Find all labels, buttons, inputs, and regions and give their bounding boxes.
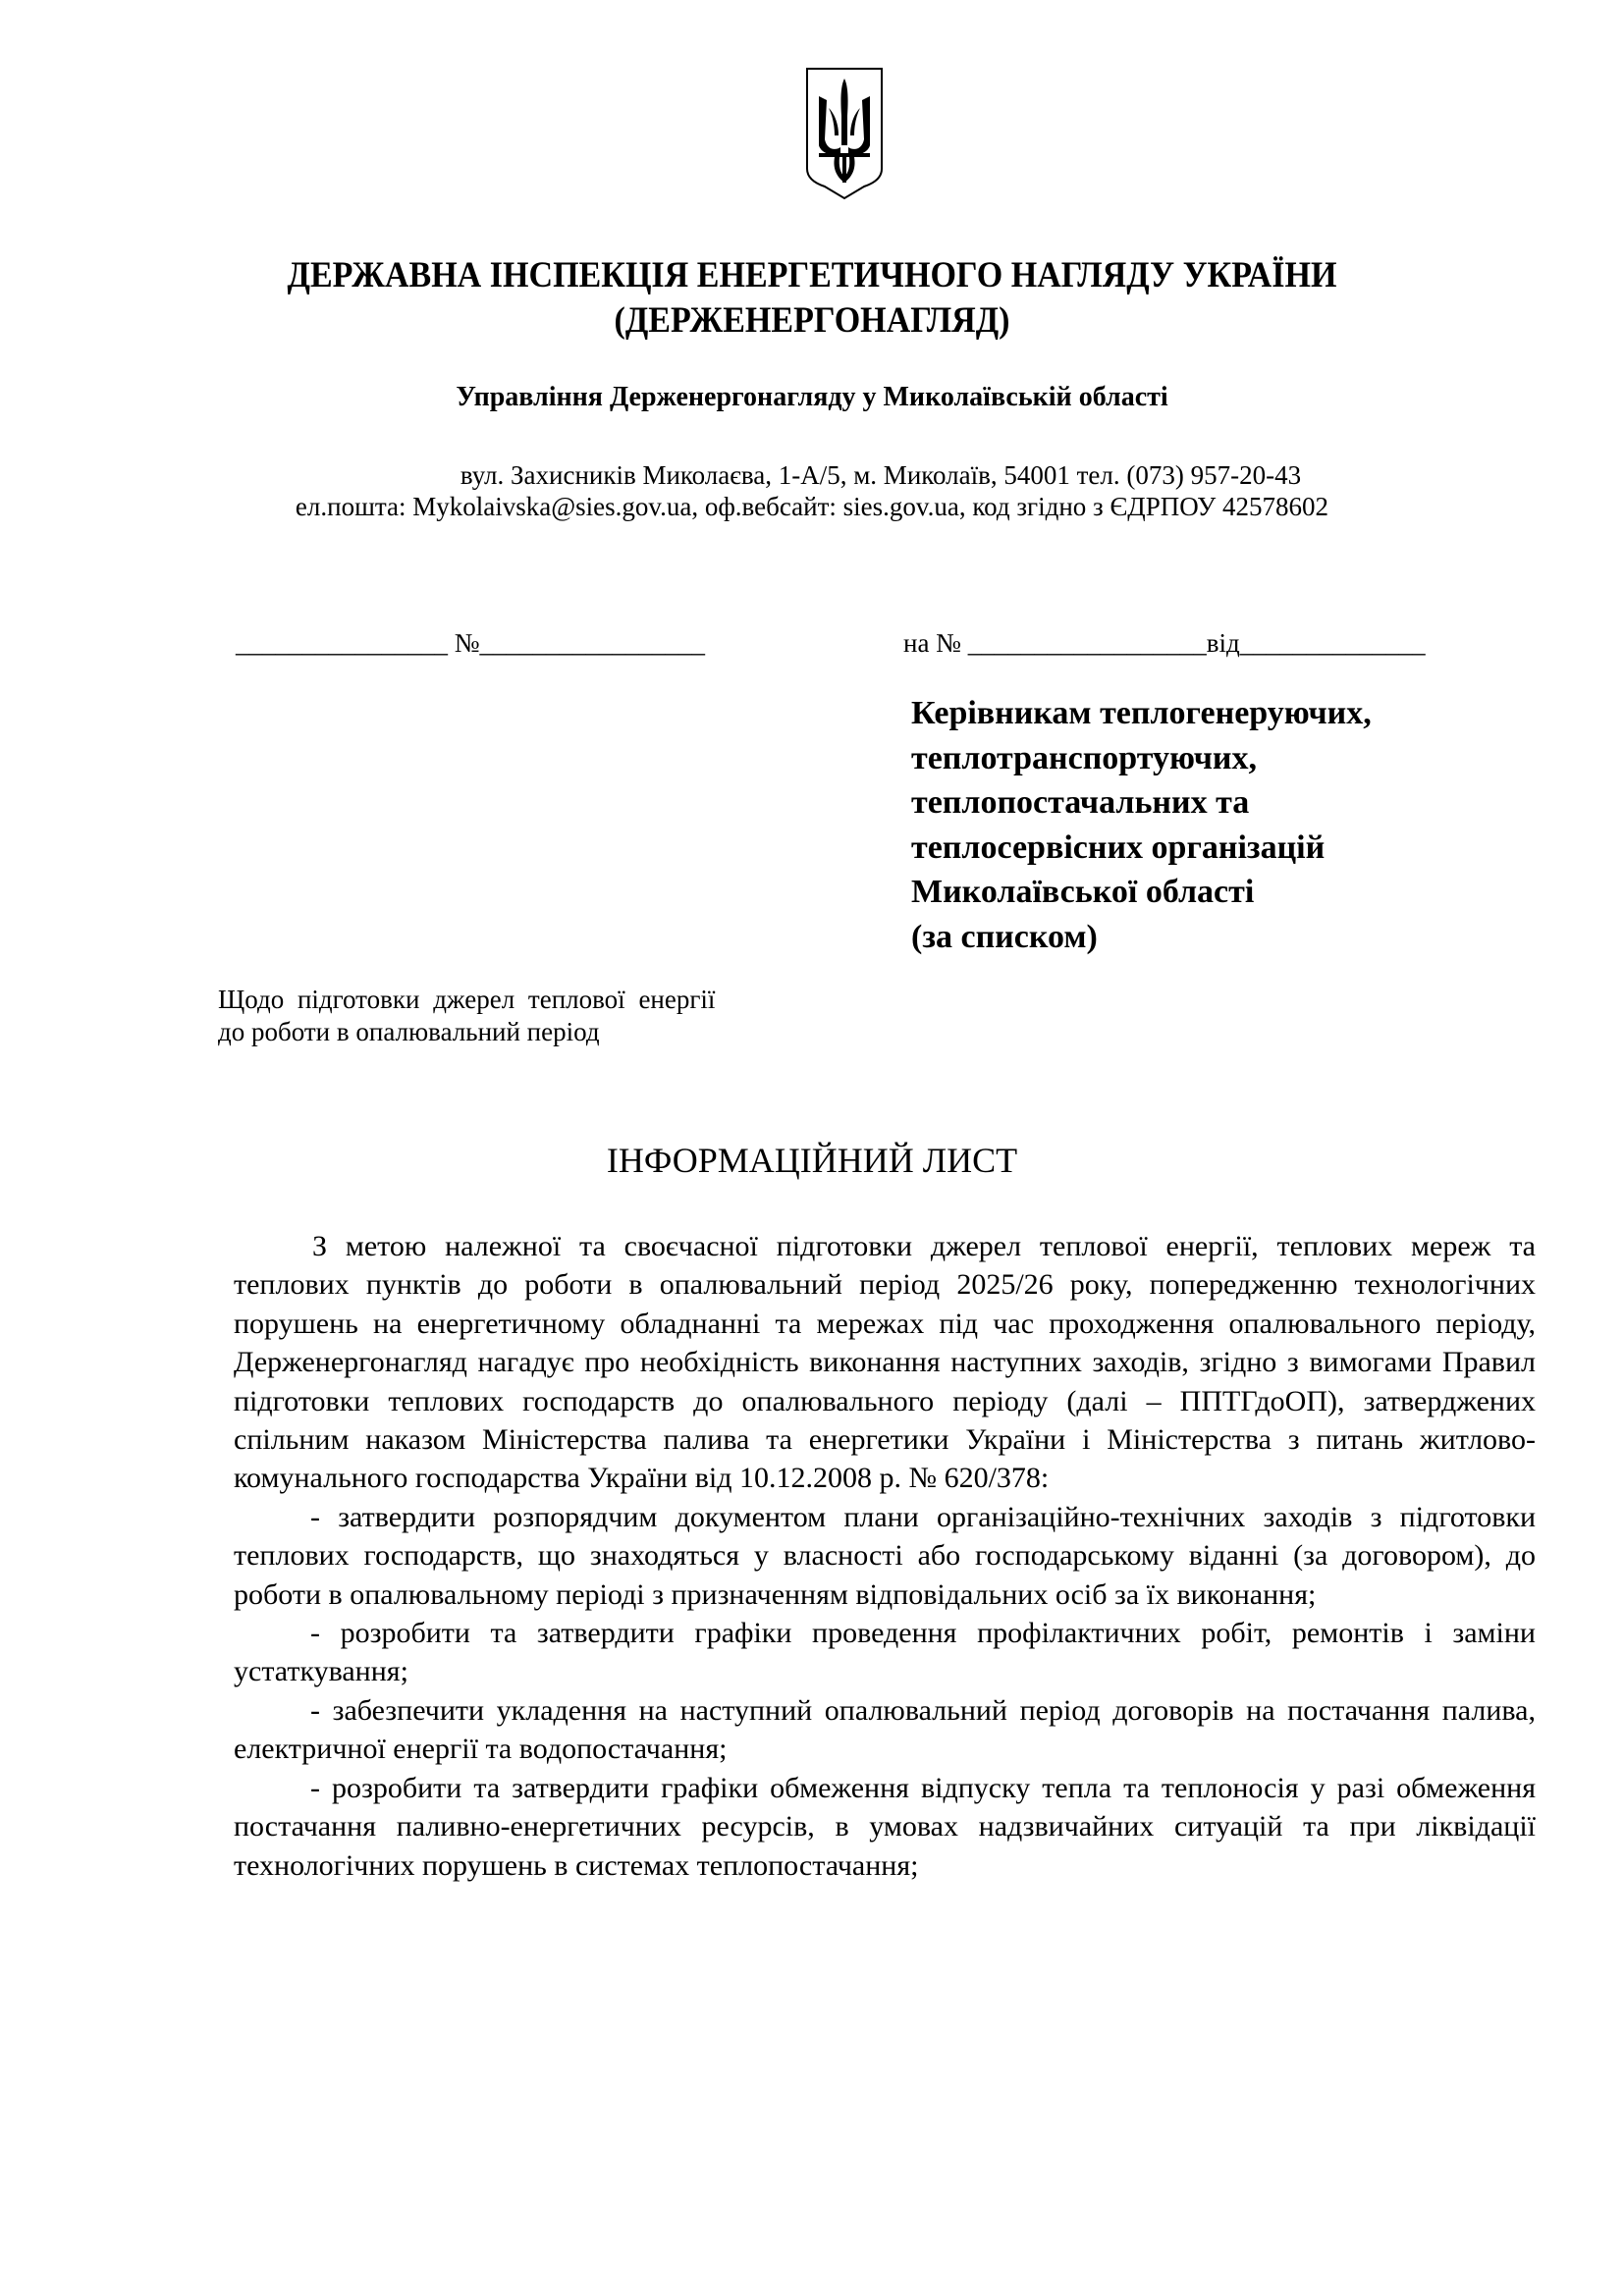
letter-body: З метою належної та своєчасної підготовк… [234,1227,1536,1885]
subject-block: Щодо підготовки джерел теплової енергії … [218,984,783,1048]
document-title: ІНФОРМАЦІЙНИЙ ЛИСТ [0,1139,1624,1182]
recipient-line: теплотранспортуючих, [911,736,1520,781]
agency-title: ДЕРЖАВНА ІНСПЕКЦІЯ ЕНЕРГЕТИЧНОГО НАГЛЯДУ… [65,253,1559,344]
department-title: Управління Держенергонагляду у Миколаївс… [0,381,1624,414]
list-item: - затвердити розпорядчим документом план… [234,1498,1536,1614]
recipient-line: теплопостачальних та [911,780,1520,826]
recipient-line: Керівникам теплогенеруючих, [911,691,1520,736]
list-item: - розробити та затвердити графіки провед… [234,1614,1536,1691]
email-website-line: ел.пошта: Mykolaivska@sies.gov.ua, оф.ве… [0,491,1624,522]
address-line: вул. Захисників Миколаєва, 1-А/5, м. Мик… [0,459,1624,491]
intro-paragraph: З метою належної та своєчасної підготовк… [234,1227,1536,1498]
list-item: - розробити та затвердити графіки обмеже… [234,1769,1536,1885]
incoming-number-field: на № __________________від______________ [903,628,1426,658]
recipient-line: (за списком) [911,915,1520,960]
recipient-line: теплосервісних організацій [911,826,1520,871]
document-page: ДЕРЖАВНА ІНСПЕКЦІЯ ЕНЕРГЕТИЧНОГО НАГЛЯДУ… [0,0,1624,2296]
recipient-block: Керівникам теплогенеруючих, теплотранспо… [911,691,1520,959]
recipient-line: Миколаївської області [911,870,1520,915]
subject-line: Щодо підготовки джерел теплової енергії [218,984,783,1016]
agency-abbreviation: (ДЕРЖЕНЕРГОНАГЛЯД) [65,298,1559,344]
agency-name: ДЕРЖАВНА ІНСПЕКЦІЯ ЕНЕРГЕТИЧНОГО НАГЛЯДУ… [65,253,1559,298]
subject-line: до роботи в опалювальний період [218,1016,783,1048]
list-item: - забезпечити укладення на наступний опа… [234,1691,1536,1769]
coat-of-arms-icon [805,67,884,200]
outgoing-number-field: ________________ №_________________ [236,628,705,658]
contact-info: вул. Захисників Миколаєва, 1-А/5, м. Мик… [0,459,1624,522]
